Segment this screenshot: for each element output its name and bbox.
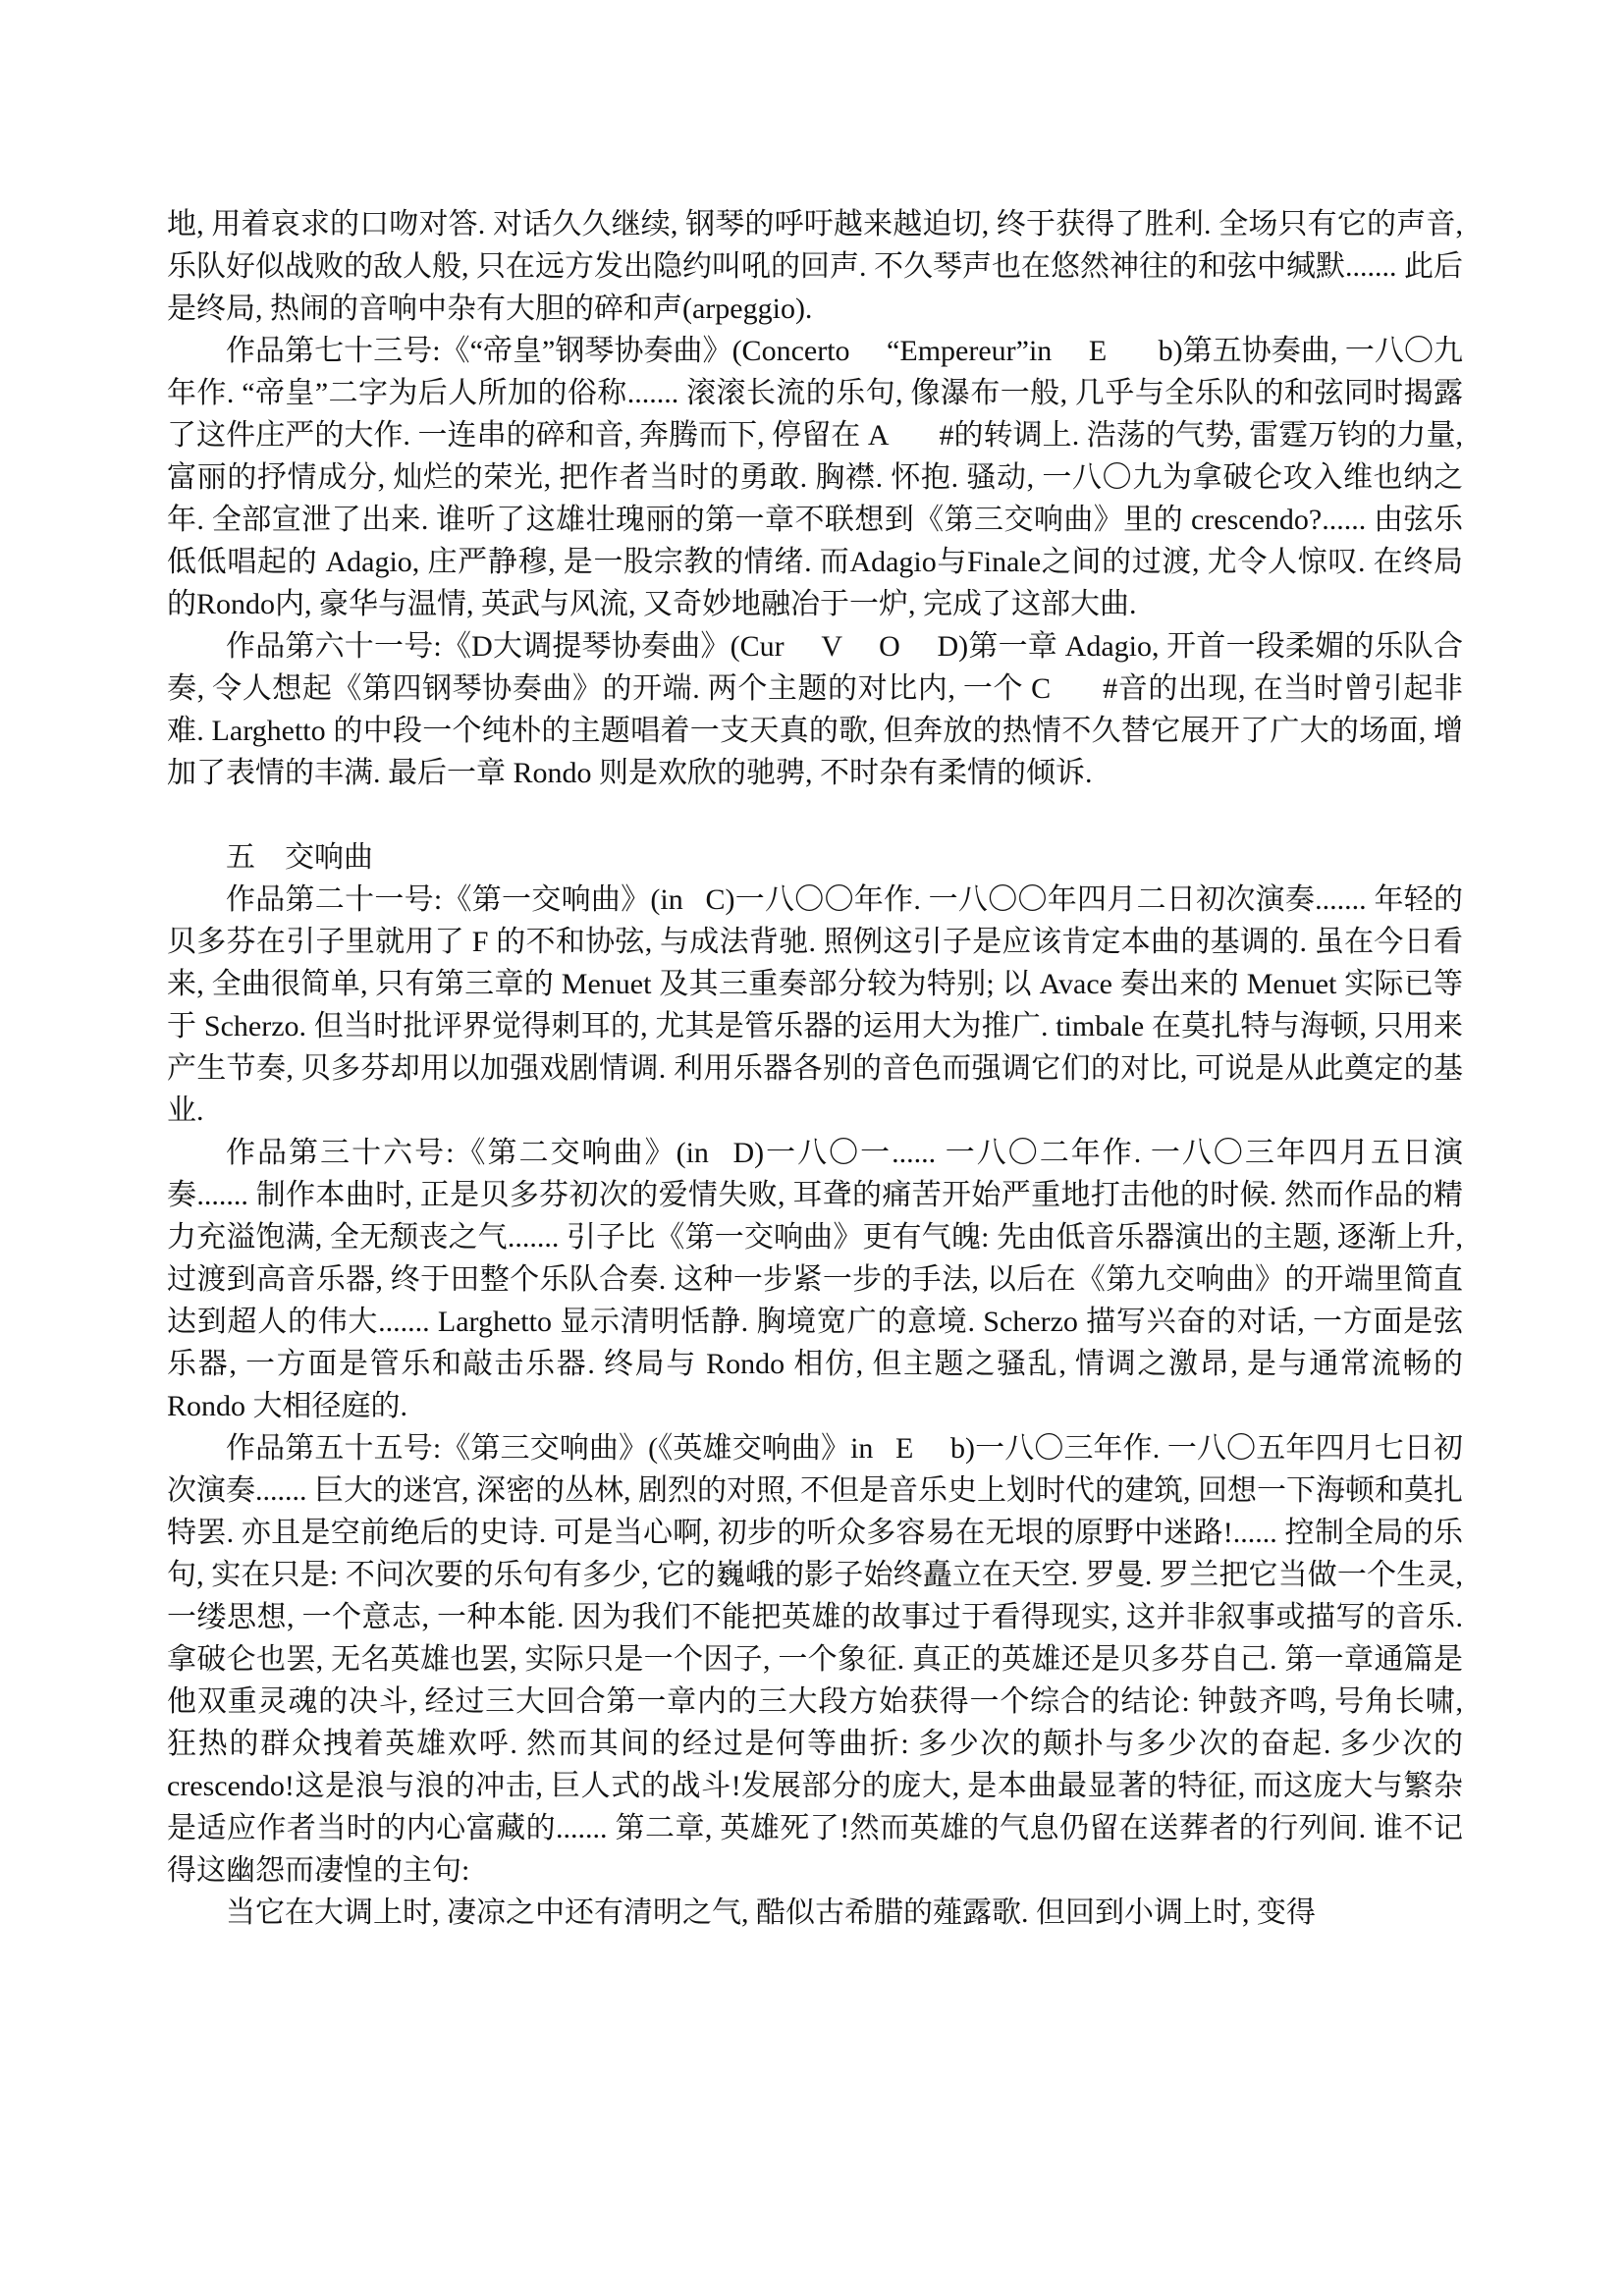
paragraph-op61-violin-concerto: 作品第六十一号:《D大调提琴协奏曲》(Cur V O D)第一章 Adagio,… xyxy=(167,625,1463,794)
paragraph-op21-symphony1: 作品第二十一号:《第一交响曲》(in C)一八〇〇年作. 一八〇〇年四月二日初次… xyxy=(167,879,1463,1132)
section-heading-symphonies: 五 交响曲 xyxy=(167,836,1463,879)
paragraph-op55-symphony3-eroica: 作品第五十五号:《第三交响曲》(《英雄交响曲》in E b)一八〇三年作. 一八… xyxy=(167,1427,1463,1892)
paragraph-op73-emperor-concerto: 作品第七十三号:《“帝皇”钢琴协奏曲》(Concerto “Empereur”i… xyxy=(167,330,1463,625)
document-page: 地, 用着哀求的口吻对答. 对话久久继续, 钢琴的呼吁越来越迫切, 终于获得了胜… xyxy=(0,0,1624,2296)
paragraph-op36-symphony2: 作品第三十六号:《第二交响曲》(in D)一八〇一...... 一八〇二年作. … xyxy=(167,1132,1463,1427)
paragraph-major-minor-theme: 当它在大调上时, 凄凉之中还有清明之气, 酷似古希腊的薤露歌. 但回到小调上时,… xyxy=(167,1892,1463,1934)
paragraph-continuation: 地, 用着哀求的口吻对答. 对话久久继续, 钢琴的呼吁越来越迫切, 终于获得了胜… xyxy=(167,203,1463,330)
